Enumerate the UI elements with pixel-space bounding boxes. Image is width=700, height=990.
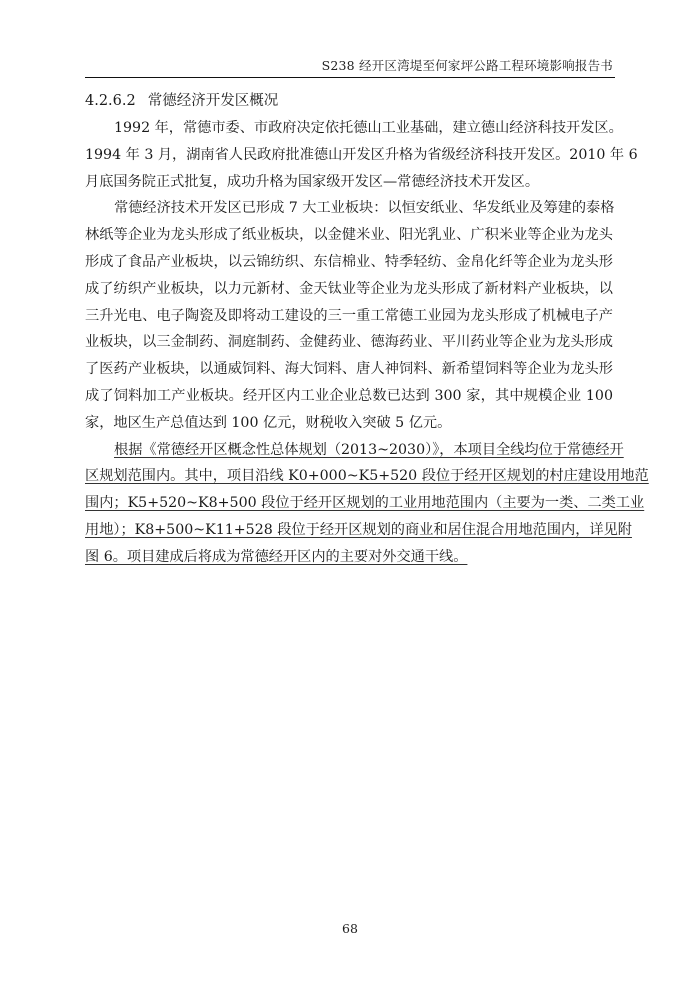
paragraph-industry-sectors: 常德经济技术开发区已形成 7 大工业板块：以恒安纸业、华发纸业及筹建的泰格 林纸… (85, 195, 613, 436)
text-line: 1994 年 3 月，湖南省人民政府批准德山开发区升格为省级经济科技开发区。20… (85, 142, 613, 169)
text-line: 了医药产业板块，以通威饲料、海大饲料、唐人神饲料、新希望饲料等企业为龙头形 (85, 356, 613, 383)
section-title: 常德经济开发区概况 (148, 93, 279, 109)
text-line: 用地）；K8+500~K11+528 段位于经开区规划的商业和居住混合用地范围内… (85, 517, 613, 544)
section-number: 4.2.6.2 (85, 93, 136, 109)
text-line: 区规划范围内。其中，项目沿线 K0+000~K5+520 段位于经开区规划的村庄… (85, 463, 613, 490)
text-line: 围内；K5+520~K8+500 段位于经开区规划的工业用地范围内（主要为一类、… (85, 490, 613, 517)
paragraph-planning-underlined: 根据《常德经开区概念性总体规划（2013~2030）》，本项目全线均位于常德经开… (85, 437, 613, 571)
page-number: 68 (0, 921, 700, 936)
section-heading: 4.2.6.2常德经济开发区概况 (85, 88, 613, 115)
text-line: 林纸等企业为龙头形成了纸业板块，以金健米业、阳光乳业、广积米业等企业为龙头 (85, 222, 613, 249)
text-line: 根据《常德经开区概念性总体规划（2013~2030）》，本项目全线均位于常德经开 (85, 437, 613, 464)
text-line: 月底国务院正式批复，成功升格为国家级开发区—常德经济技术开发区。 (85, 169, 613, 196)
text-line: 业板块，以三金制药、洞庭制药、金健药业、德海药业、平川药业等企业为龙头形成 (85, 329, 613, 356)
text-line: 三升光电、电子陶瓷及即将动工建设的三一重工常德工业园为龙头形成了机械电子产 (85, 303, 613, 330)
text-line: 成了饲料加工产业板块。经开区内工业企业总数已达到 300 家，其中规模企业 10… (85, 383, 613, 410)
text-line: 常德经济技术开发区已形成 7 大工业板块：以恒安纸业、华发纸业及筹建的泰格 (85, 195, 613, 222)
running-header: S238 经开区湾堤至何家坪公路工程环境影响报告书 (85, 55, 615, 78)
text-line: 形成了食品产业板块，以云锦纺织、东信棉业、特季轻纺、金帛化纤等企业为龙头形 (85, 249, 613, 276)
page-body: 4.2.6.2常德经济开发区概况 1992 年，常德市委、市政府决定依托德山工业… (85, 88, 613, 571)
text-line: 图 6。项目建成后将成为常德经开区内的主要对外交通干线。 (85, 544, 467, 571)
document-title: S238 经开区湾堤至何家坪公路工程环境影响报告书 (322, 56, 613, 74)
text-line: 1992 年，常德市委、市政府决定依托德山工业基础，建立德山经济科技开发区。 (85, 115, 613, 142)
paragraph-history: 1992 年，常德市委、市政府决定依托德山工业基础，建立德山经济科技开发区。 1… (85, 115, 613, 195)
text-line: 成了纺织产业板块，以力元新材、金天钛业等企业为龙头形成了新材料产业板块，以 (85, 276, 613, 303)
text-line: 家，地区生产总值达到 100 亿元，财税收入突破 5 亿元。 (85, 410, 613, 437)
